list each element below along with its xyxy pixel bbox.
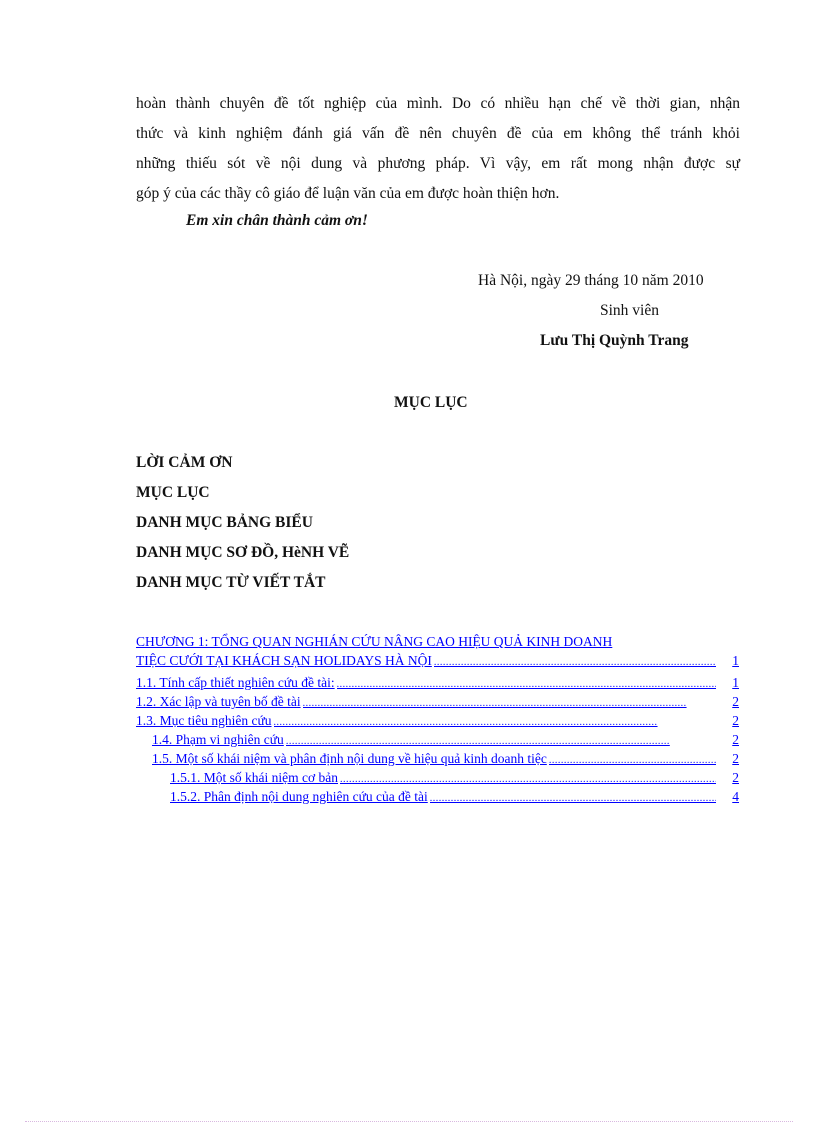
front-matter-item: MỤC LỤC [136,484,210,502]
toc-entry[interactable]: 1.5. Một số khái niệm và phân định nội d… [152,749,739,768]
toc-page-number: 4 [732,787,739,806]
paragraph-line: góp ý của các thầy cô giáo để luận văn c… [136,179,740,209]
acknowledgement-paragraph: hoàn thành chuyên đề tốt nghiệp của mình… [136,89,740,209]
toc-leader-dots: ........................................… [434,653,716,672]
toc-entry-label: TIỆC CƯỚI TẠI KHÁCH SẠN HOLIDAYS HÀ NỘI [136,651,432,670]
paragraph-line: thức và kinh nghiệm đánh giá vấn đề nên … [136,119,740,149]
toc-entry-chapter-1[interactable]: CHƯƠNG 1: TỔNG QUAN NGHIÁN CỨU NÂNG CAO … [136,632,739,670]
toc-entry-label: 1.5. Một số khái niệm và phân định nội d… [152,749,547,768]
toc-entry[interactable]: 1.5.1. Một số khái niệm cơ bản .........… [170,768,739,787]
document-page: hoàn thành chuyên đề tốt nghiệp của mình… [0,0,816,1123]
toc-entry-label: 1.1. Tính cấp thiết nghiên cứu đề tài: [136,673,335,692]
toc-leader-dots: ........................................… [430,789,716,808]
toc-page-number: 2 [732,730,739,749]
toc-entry[interactable]: 1.3. Mục tiêu nghiên cứu ...............… [136,711,739,730]
paragraph-line: những thiếu sót về nội dung và phương ph… [136,149,740,179]
front-matter-item: LỜI CẢM ƠN [136,454,232,472]
front-matter-item: DANH MỤC BẢNG BIỂU [136,514,313,532]
toc-entry-label: 1.4. Phạm vi nghiên cứu [152,730,284,749]
toc-entry-label: 1.3. Mục tiêu nghiên cứu [136,711,272,730]
paragraph-line: hoàn thành chuyên đề tốt nghiệp của mình… [136,89,740,119]
toc-entry[interactable]: 1.4. Phạm vi nghiên cứu ................… [152,730,739,749]
toc-entry-label-line1: CHƯƠNG 1: TỔNG QUAN NGHIÁN CỨU NÂNG CAO … [136,632,739,651]
signature-date: Hà Nội, ngày 29 tháng 10 năm 2010 [478,272,704,290]
toc-entry[interactable]: 1.1. Tính cấp thiết nghiên cứu đề tài: .… [136,673,739,692]
front-matter-item: DANH MỤC TỪ VIẾT TẮT [136,574,325,592]
toc-page-number: 2 [732,711,739,730]
signature-name: Lưu Thị Quỳnh Trang [540,332,688,350]
toc-title: MỤC LỤC [394,394,468,412]
front-matter-item: DANH MỤC SƠ ĐỒ, HèNH VẼ [136,544,349,562]
toc-page-number: 2 [732,692,739,711]
toc-entry-label: 1.2. Xác lập và tuyên bố đề tài [136,692,301,711]
toc-page-number: 2 [732,768,739,787]
toc-page-number: 1 [732,651,739,670]
toc-page-number: 1 [732,673,739,692]
toc-entry[interactable]: 1.2. Xác lập và tuyên bố đề tài ........… [136,692,739,711]
thanks-line: Em xin chân thành cảm ơn! [186,212,368,230]
toc-entry-label: 1.5.2. Phân định nội dung nghiên cứu của… [170,787,428,806]
page-boundary-rule [25,1121,793,1122]
signature-role: Sinh viên [600,302,659,320]
toc-entry[interactable]: 1.5.2. Phân định nội dung nghiên cứu của… [170,787,739,806]
toc-page-number: 2 [732,749,739,768]
toc-entry-label: 1.5.1. Một số khái niệm cơ bản [170,768,338,787]
